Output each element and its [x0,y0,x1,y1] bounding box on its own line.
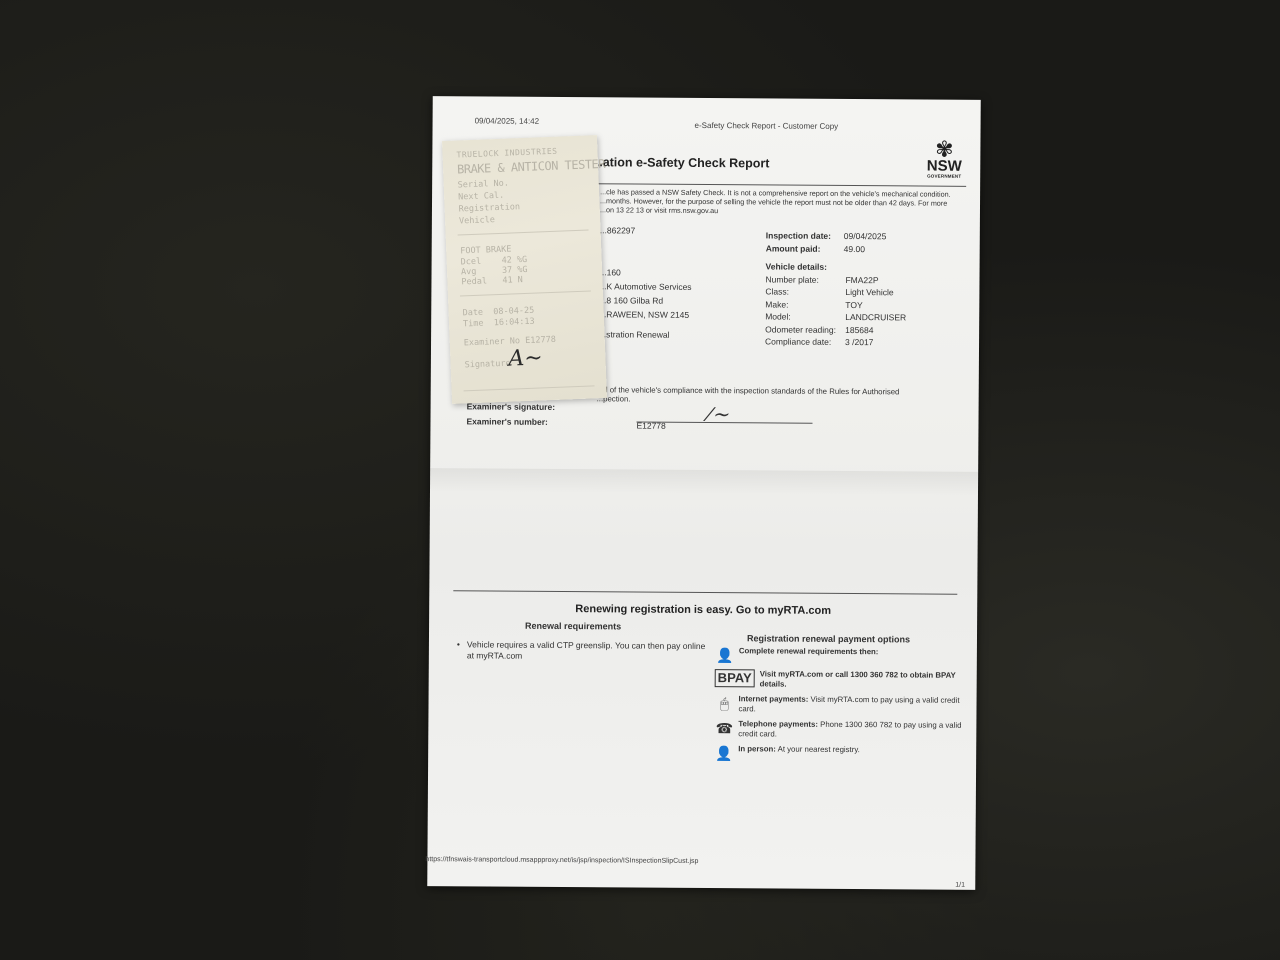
bpay-icon: BPAY [715,669,755,687]
inspection-date: 09/04/2025 [844,230,887,243]
renewal-title: Renewing registration is easy. Go to myR… [429,602,977,618]
payment-option: 👤 In person: At your nearest registry. [714,744,964,764]
mouse-icon: 🖱 [714,694,734,712]
receipt-signature: A∼ [508,345,543,371]
person-icon: 👤 [714,744,734,762]
payment-options-title: Registration renewal payment options [747,633,910,644]
vehicle-row: Odometer reading:185684 [765,323,906,336]
payment-option: ☎ Telephone payments: Phone 1300 360 782… [714,719,964,741]
telephone-icon: ☎ [714,719,734,737]
nsw-government-logo: ✾ NSW GOVERNMENT [922,140,966,179]
certification-text: ...d of the vehicle's compliance with th… [597,385,900,405]
receipt-device: BRAKE & ANTICON TESTER [457,157,605,177]
intro-paragraph: ...cle has passed a NSW Safety Check. It… [600,187,965,217]
print-datetime: 09/04/2025, 14:42 [475,116,540,125]
vehicle-row: Model:LANDCRUISER [765,310,906,323]
payment-options-list: 👤 Complete renewal requirements then: BP… [714,646,965,769]
inspection-purpose: ...stration Renewal [599,327,691,342]
receipt-company: TRUELOCK INDUSTRIES [456,147,557,160]
renewal-requirement-item: Vehicle requires a valid CTP greenslip. … [467,639,707,663]
brake-tester-receipt: TRUELOCK INDUSTRIES BRAKE & ANTICON TEST… [442,135,607,404]
page-number: 1/1 [955,882,965,889]
vehicle-row: Number plate:FMA22P [765,273,906,286]
address-line-1: ...8 160 Gilba Rd [599,293,691,308]
station-number: ...160 [599,265,691,280]
address-line-2: ...RAWEEN, NSW 2145 [599,307,691,322]
report-title: ...ation e-Safety Check Report [592,155,769,170]
examiner-number: E12778 [636,421,665,431]
receipt-signature-label: Signature [464,359,510,371]
payment-option: 👤 Complete renewal requirements then: [715,646,965,666]
inspection-summary: Inspection date:09/04/2025 Amount paid:4… [765,229,907,348]
header-divider [592,183,966,187]
payment-option: 🖱 Internet payments: Visit myRTA.com to … [714,694,964,716]
footer-url: https://tfnswais-transportcloud.msapppro… [425,856,698,865]
receipt-section: FOOT BRAKE [460,244,512,256]
print-title: e-Safety Check Report - Customer Copy [695,121,839,131]
paper-fold [430,468,978,496]
inspection-station-details: ...862297 ...160 ...K Automotive Service… [599,223,692,342]
examiner-number-label: Examiner's number: [466,416,547,427]
examiner-signature: ⁄∼ [708,402,728,427]
receipt-time: Time 16:04:13 [463,317,535,330]
vehicle-row: Class:Light Vehicle [765,285,906,298]
renewal-divider [453,590,957,595]
vehicle-row: Make:TOY [765,298,906,311]
receipt-reading: Pedal 41 N [461,275,523,287]
business-name: ...K Automotive Services [599,279,691,294]
examiner-signature-label: Examiner's signature: [467,401,556,412]
vehicle-row: Compliance date:3 /2017 [765,335,906,348]
person-icon: 👤 [715,646,735,664]
payment-option: BPAY Visit myRTA.com or call 1300 360 78… [715,669,965,691]
amount-paid: 49.00 [844,242,865,255]
renewal-requirements-title: Renewal requirements [525,621,621,632]
vehicle-details-title: Vehicle details: [766,260,907,273]
report-number: ...862297 [600,223,692,238]
